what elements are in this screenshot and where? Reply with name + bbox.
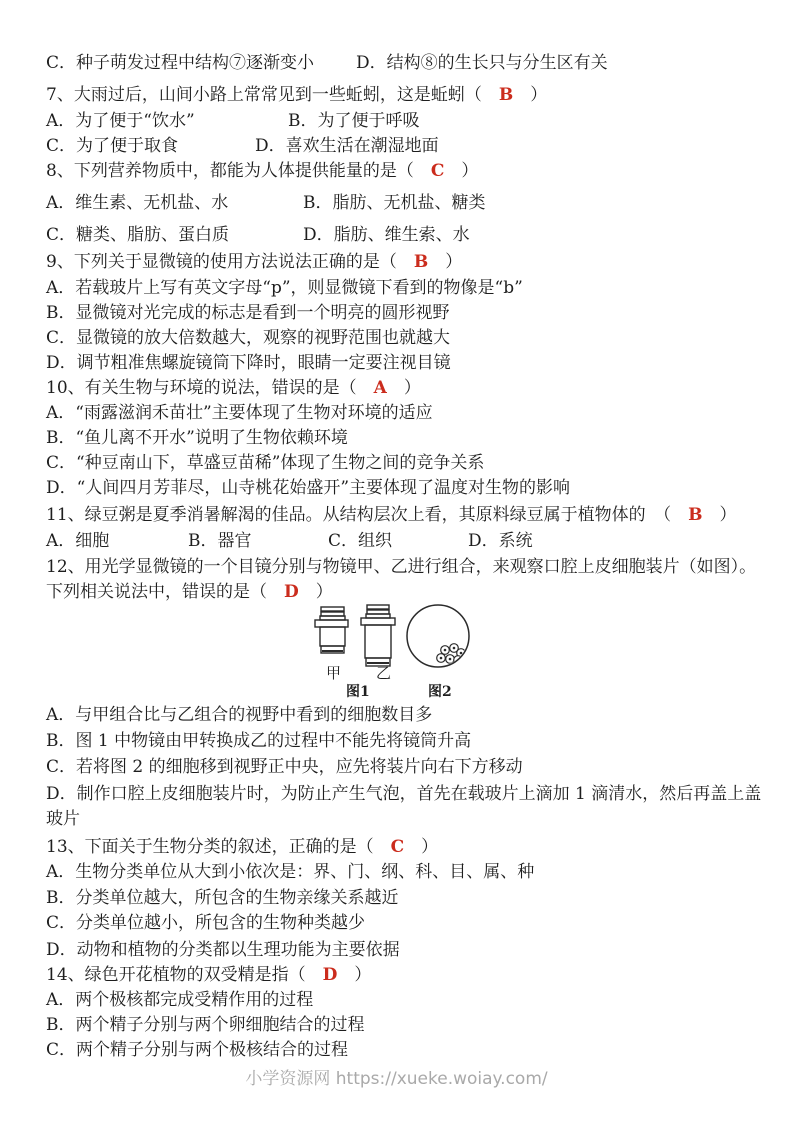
site-watermark: 小学资源网 https://xueke.woiay.com/ bbox=[0, 1064, 793, 1089]
text-segment: C．糖类、脂肪、蛋白质 bbox=[46, 222, 229, 248]
label-yi: 乙 bbox=[376, 664, 391, 682]
text-line: B．图 1 中物镜由甲转换成乙的过程中不能先将镜筒升高 bbox=[0, 728, 793, 754]
microscope-figure-svg: 甲 乙 图1 图2 bbox=[298, 598, 490, 702]
text-segment: D．调节粗准焦螺旋镜筒下降时，眼睛一定要注视目镜 bbox=[46, 350, 451, 376]
text-segment: 玻片 bbox=[46, 806, 80, 832]
text-layer: C．种子萌发过程中结构⑦逐渐变小D．结构⑧的生长只与分生区有关7、大雨过后，山间… bbox=[0, 0, 793, 1122]
text-line: C．为了便于取食D．喜欢生活在潮湿地面 bbox=[0, 133, 793, 159]
text-segment: B．分类单位越大，所包含的生物亲缘关系越近 bbox=[46, 885, 399, 911]
text-segment: C．“种豆南山下，草盛豆苗稀”体现了生物之间的竞争关系 bbox=[46, 450, 484, 476]
answer-letter: B bbox=[414, 252, 428, 272]
text-line: B．两个精子分别与两个卵细胞结合的过程 bbox=[0, 1012, 793, 1038]
text-line: 11、绿豆粥是夏季消暑解渴的佳品。从结构层次上看，其原料绿豆属于植物体的 （ B… bbox=[0, 502, 793, 528]
answer-letter: C bbox=[431, 161, 445, 181]
text-line: C．糖类、脂肪、蛋白质D．脂肪、维生索、水 bbox=[0, 222, 793, 248]
text-segment: 9、下列关于显微镜的使用方法说法正确的是（ B ） bbox=[46, 249, 462, 275]
text-line: A．生物分类单位从大到小依次是：界、门、纲、科、目、属、种 bbox=[0, 859, 793, 885]
answer-letter: D bbox=[284, 582, 299, 602]
answer-letter: A bbox=[374, 378, 387, 398]
label-jia: 甲 bbox=[326, 664, 341, 682]
text-line: B．显微镜对光完成的标志是看到一个明亮的圆形视野 bbox=[0, 300, 793, 326]
text-segment: 12、用光学显微镜的一个目镜分别与物镜甲、乙进行组合，来观察口腔上皮细胞装片（如… bbox=[46, 554, 756, 580]
text-segment: 8、下列营养物质中，都能为人体提供能量的是（ C ） bbox=[46, 158, 478, 184]
text-line: A．维生素、无机盐、水B．脂肪、无机盐、糖类 bbox=[0, 190, 793, 216]
text-segment: 7、大雨过后，山间小路上常常见到一些蚯蚓，这是蚯蚓（ B ） bbox=[46, 82, 547, 108]
text-line: 7、大雨过后，山间小路上常常见到一些蚯蚓，这是蚯蚓（ B ） bbox=[0, 82, 793, 108]
text-segment: D．结构⑧的生长只与分生区有关 bbox=[356, 50, 608, 76]
text-line: 8、下列营养物质中，都能为人体提供能量的是（ C ） bbox=[0, 158, 793, 184]
text-segment: D．脂肪、维生索、水 bbox=[303, 222, 470, 248]
text-segment: B．脂肪、无机盐、糖类 bbox=[303, 190, 486, 216]
text-line: D．调节粗准焦螺旋镜筒下降时，眼睛一定要注视目镜 bbox=[0, 350, 793, 376]
text-line: C．若将图 2 的细胞移到视野正中央，应先将装片向右下方移动 bbox=[0, 754, 793, 780]
text-segment: A．维生素、无机盐、水 bbox=[46, 190, 228, 216]
text-segment: A．生物分类单位从大到小依次是：界、门、纲、科、目、属、种 bbox=[46, 859, 534, 885]
exam-page: C．种子萌发过程中结构⑦逐渐变小D．结构⑧的生长只与分生区有关7、大雨过后，山间… bbox=[0, 0, 793, 1122]
text-segment: B．显微镜对光完成的标志是看到一个明亮的圆形视野 bbox=[46, 300, 450, 326]
text-segment: C．组织 bbox=[328, 528, 392, 554]
text-segment: C．显微镜的放大倍数越大，观察的视野范围也就越大 bbox=[46, 325, 450, 351]
text-line: B．分类单位越大，所包含的生物亲缘关系越近 bbox=[0, 885, 793, 911]
microscope-figure: 甲 乙 图1 图2 bbox=[298, 598, 490, 702]
text-segment: B．“鱼儿离不开水”说明了生物依赖环境 bbox=[46, 425, 348, 451]
text-line: B．“鱼儿离不开水”说明了生物依赖环境 bbox=[0, 425, 793, 451]
text-segment: B．两个精子分别与两个卵细胞结合的过程 bbox=[46, 1012, 365, 1038]
text-line: 14、绿色开花植物的双受精是指（ D ） bbox=[0, 962, 793, 988]
text-line: A．若载玻片上写有英文字母“p”，则显微镜下看到的物像是“b” bbox=[0, 275, 793, 301]
text-line: 12、用光学显微镜的一个目镜分别与物镜甲、乙进行组合，来观察口腔上皮细胞装片（如… bbox=[0, 554, 793, 580]
text-segment: A．细胞 bbox=[46, 528, 109, 554]
text-line: D．动物和植物的分类都以生理功能为主要依据 bbox=[0, 937, 793, 963]
text-segment: B．器官 bbox=[188, 528, 252, 554]
text-segment: C．若将图 2 的细胞移到视野正中央，应先将装片向右下方移动 bbox=[46, 754, 523, 780]
text-line: A．细胞B．器官C．组织D．系统 bbox=[0, 528, 793, 554]
text-line: 13、下面关于生物分类的叙述，正确的是（ C ） bbox=[0, 834, 793, 860]
text-segment: D．动物和植物的分类都以生理功能为主要依据 bbox=[46, 937, 400, 963]
text-segment: C．种子萌发过程中结构⑦逐渐变小 bbox=[46, 50, 314, 76]
text-segment: 下列相关说法中，错误的是（ D ） bbox=[46, 579, 333, 605]
cells-cluster bbox=[437, 644, 466, 665]
text-line: 9、下列关于显微镜的使用方法说法正确的是（ B ） bbox=[0, 249, 793, 275]
text-line: C．“种豆南山下，草盛豆苗稀”体现了生物之间的竞争关系 bbox=[0, 450, 793, 476]
text-segment: A．与甲组合比与乙组合的视野中看到的细胞数目多 bbox=[46, 702, 432, 728]
text-segment: C．两个精子分别与两个极核结合的过程 bbox=[46, 1037, 348, 1063]
text-line: C．分类单位越小，所包含的生物种类越少 bbox=[0, 910, 793, 936]
objective-lens-jia bbox=[315, 607, 348, 653]
text-segment: 13、下面关于生物分类的叙述，正确的是（ C ） bbox=[46, 834, 438, 860]
answer-letter: D bbox=[323, 965, 338, 985]
text-segment: A．为了便于“饮水” bbox=[46, 108, 195, 134]
text-line: 10、有关生物与环境的说法，错误的是（ A ） bbox=[0, 375, 793, 401]
text-line: A．两个极核都完成受精作用的过程 bbox=[0, 987, 793, 1013]
text-line: A．与甲组合比与乙组合的视野中看到的细胞数目多 bbox=[0, 702, 793, 728]
answer-letter: C bbox=[391, 837, 405, 857]
field-of-view-circle bbox=[407, 605, 469, 667]
text-segment: C．分类单位越小，所包含的生物种类越少 bbox=[46, 910, 365, 936]
text-segment: D．制作口腔上皮细胞装片时，为防止产生气泡，首先在载玻片上滴加 1 滴清水，然后… bbox=[46, 781, 761, 807]
text-segment: D．系统 bbox=[468, 528, 533, 554]
text-line: 玻片 bbox=[0, 806, 793, 832]
label-fig1: 图1 bbox=[346, 683, 370, 700]
text-segment: B．图 1 中物镜由甲转换成乙的过程中不能先将镜筒升高 bbox=[46, 728, 471, 754]
text-line: A．为了便于“饮水”B．为了便于呼吸 bbox=[0, 108, 793, 134]
text-segment: A．若载玻片上写有英文字母“p”，则显微镜下看到的物像是“b” bbox=[46, 275, 523, 301]
text-segment: B．为了便于呼吸 bbox=[288, 108, 420, 134]
text-segment: 14、绿色开花植物的双受精是指（ D ） bbox=[46, 962, 371, 988]
objective-lens-yi bbox=[361, 605, 395, 666]
text-line: D．制作口腔上皮细胞装片时，为防止产生气泡，首先在载玻片上滴加 1 滴清水，然后… bbox=[0, 781, 793, 807]
text-line: C．显微镜的放大倍数越大，观察的视野范围也就越大 bbox=[0, 325, 793, 351]
label-fig2: 图2 bbox=[428, 683, 452, 700]
text-line: A．“雨露滋润禾苗壮”主要体现了生物对环境的适应 bbox=[0, 400, 793, 426]
text-segment: A．“雨露滋润禾苗壮”主要体现了生物对环境的适应 bbox=[46, 400, 433, 426]
text-segment: A．两个极核都完成受精作用的过程 bbox=[46, 987, 313, 1013]
text-segment: 10、有关生物与环境的说法，错误的是（ A ） bbox=[46, 375, 421, 401]
text-segment: D．“人间四月芳菲尽，山寺桃花始盛开”主要体现了温度对生物的影响 bbox=[46, 475, 570, 501]
text-line: C．两个精子分别与两个极核结合的过程 bbox=[0, 1037, 793, 1063]
answer-letter: B bbox=[688, 505, 702, 525]
text-line: C．种子萌发过程中结构⑦逐渐变小D．结构⑧的生长只与分生区有关 bbox=[0, 50, 793, 76]
text-segment: D．喜欢生活在潮湿地面 bbox=[255, 133, 439, 159]
text-line: D．“人间四月芳菲尽，山寺桃花始盛开”主要体现了温度对生物的影响 bbox=[0, 475, 793, 501]
text-segment: 11、绿豆粥是夏季消暑解渴的佳品。从结构层次上看，其原料绿豆属于植物体的 （ B… bbox=[46, 502, 737, 528]
answer-letter: B bbox=[499, 85, 513, 105]
text-segment: C．为了便于取食 bbox=[46, 133, 178, 159]
